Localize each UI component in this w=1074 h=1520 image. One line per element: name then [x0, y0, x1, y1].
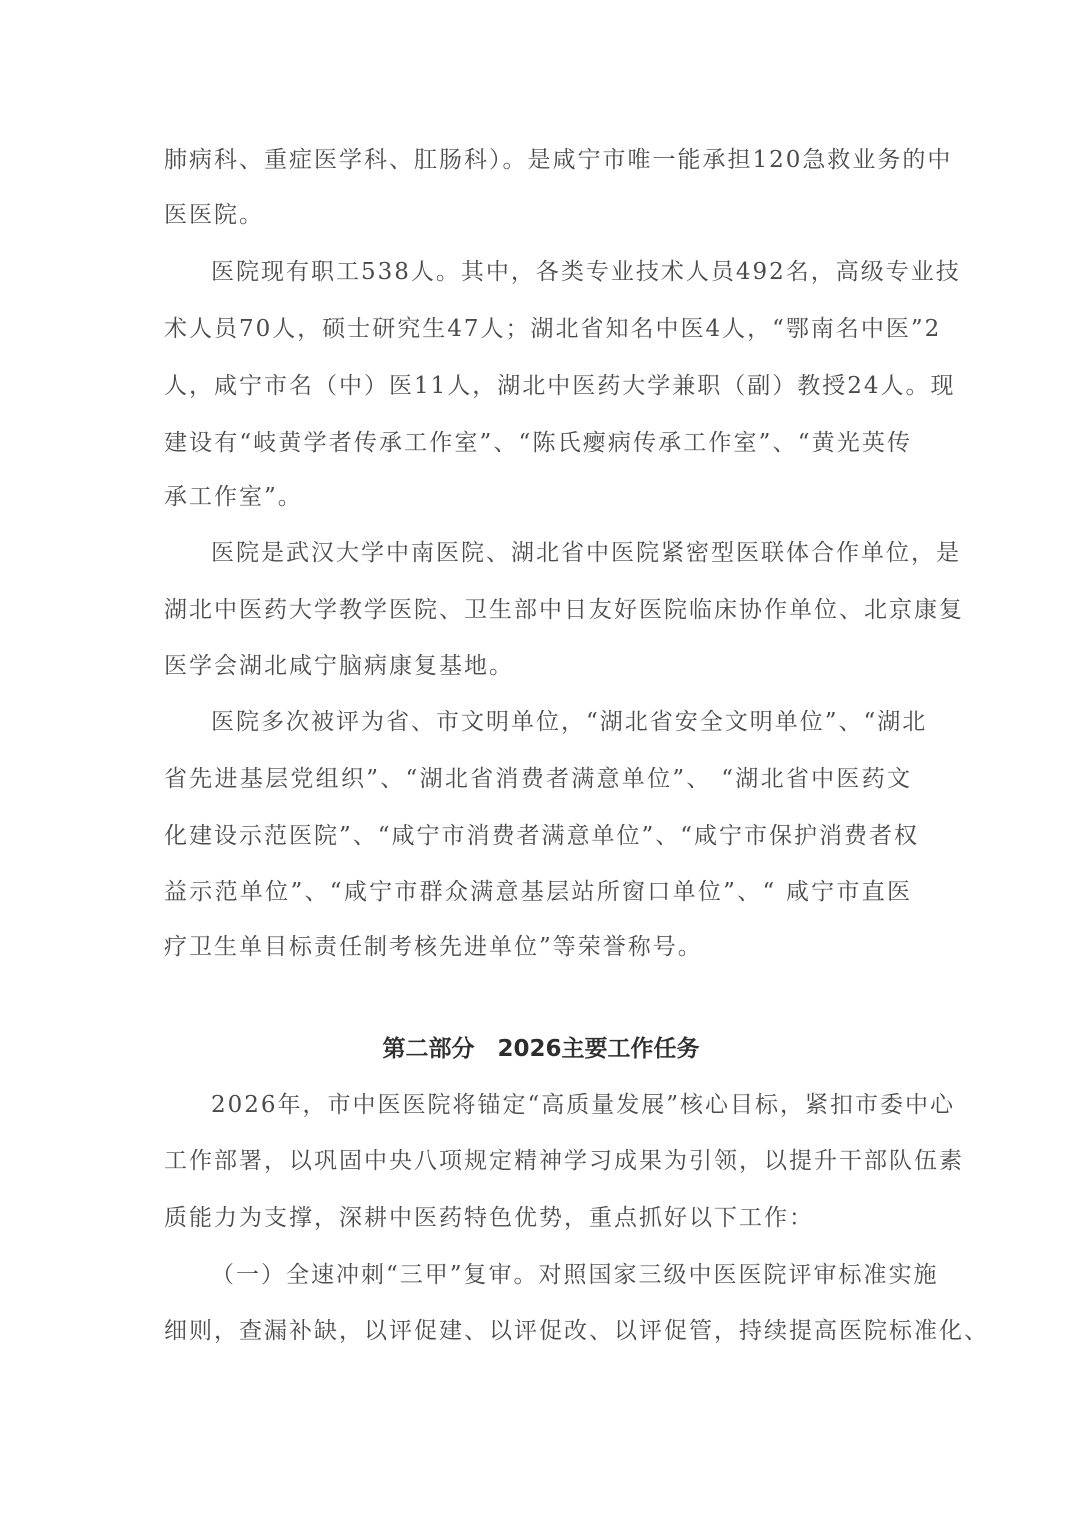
section-paragraph-2-line-2: 细则，查漏补缺，以评促建、以评促改、以评促管，持续提高医院标准化、 [164, 1316, 912, 1346]
document-page: 肺病科、重症医学科、肛肠科）。是咸宁市唯一能承担120急救业务的中 医医院。 医… [0, 0, 1074, 1520]
paragraph-3-line-2: 湖北中医药大学教学医院、卫生部中日友好医院临床协作单位、北京康复 [164, 595, 912, 625]
paragraph-4-line-1: 医院多次被评为省、市文明单位，“湖北省安全文明单位”、“湖北 [211, 707, 912, 737]
paragraph-1-line-2: 医医院。 [164, 200, 912, 230]
paragraph-4-line-5: 疗卫生单目标责任制考核先进单位”等荣誉称号。 [164, 932, 912, 962]
section-heading: 第二部分 2026主要工作任务 [0, 1033, 1074, 1065]
paragraph-2-line-1: 医院现有职工538人。其中，各类专业技术人员492名，高级专业技 [211, 257, 912, 287]
section-paragraph-1-line-1: 2026年，市中医医院将锚定“高质量发展”核心目标，紧扣市委中心 [211, 1090, 912, 1120]
paragraph-3-line-1: 医院是武汉大学中南医院、湖北省中医院紧密型医联体合作单位，是 [211, 538, 912, 568]
paragraph-3-line-3: 医学会湖北咸宁脑病康复基地。 [164, 651, 912, 681]
paragraph-2-line-4: 建设有“岐黄学者传承工作室”、“陈氏瘿病传承工作室”、“黄光英传 [164, 428, 912, 458]
paragraph-4-line-3: 化建设示范医院”、“咸宁市消费者满意单位”、“咸宁市保护消费者权 [164, 821, 912, 851]
paragraph-1-line-1: 肺病科、重症医学科、肛肠科）。是咸宁市唯一能承担120急救业务的中 [164, 145, 912, 175]
section-paragraph-1-line-3: 质能力为支撑，深耕中医药特色优势，重点抓好以下工作： [164, 1203, 912, 1233]
paragraph-4-line-2: 省先进基层党组织”、“湖北省消费者满意单位”、 “湖北省中医药文 [164, 764, 912, 794]
paragraph-2-line-3: 人，咸宁市名（中）医11人，湖北中医药大学兼职（副）教授24人。现 [164, 371, 912, 401]
paragraph-2-line-5: 承工作室”。 [164, 482, 912, 512]
paragraph-2-line-2: 术人员70人，硕士研究生47人；湖北省知名中医4人，“鄂南名中医”2 [164, 314, 912, 344]
paragraph-4-line-4: 益示范单位”、“咸宁市群众满意基层站所窗口单位”、“ 咸宁市直医 [164, 877, 912, 907]
section-paragraph-1-line-2: 工作部署，以巩固中央八项规定精神学习成果为引领，以提升干部队伍素 [164, 1146, 912, 1176]
section-paragraph-2-line-1: （一）全速冲刺“三甲”复审。对照国家三级中医医院评审标准实施 [211, 1260, 912, 1290]
